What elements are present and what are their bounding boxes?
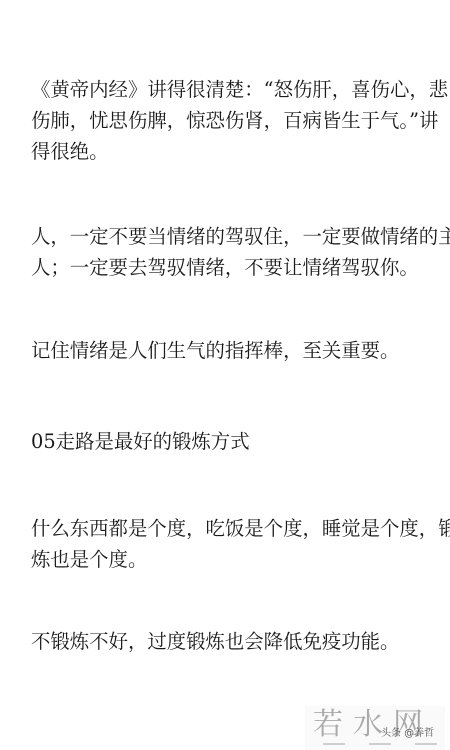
text-line: 人，一定不要当情绪的驾驭住，一定要做情绪的主 (31, 221, 423, 252)
decor-dash (369, 743, 391, 745)
watermark: 若水网 头条 @养哲 (305, 706, 445, 750)
decor-dash (415, 743, 437, 745)
text-line: 不锻炼不好，过度锻炼也会降低免疫功能。 (31, 626, 423, 657)
paragraph-huangdi-neijing: 《黄帝内经》讲得很清楚：“怒伤肝，喜伤心，悲 伤肺，忧思伤脾，惊恐伤肾，百病皆生… (31, 74, 423, 167)
text-line: 什么东西都是个度，吃饭是个度，睡觉是个度，锻 (31, 513, 423, 544)
paragraph-master-emotions: 人，一定不要当情绪的驾驭住，一定要做情绪的主 人；一定要去驾驭情绪，不要让情绪驾… (31, 221, 423, 283)
text-line: 05走路是最好的锻炼方式 (31, 426, 423, 457)
text-line: 人；一定要去驾驭情绪，不要让情绪驾驭你。 (31, 252, 423, 283)
section-heading-walking: 05走路是最好的锻炼方式 (31, 426, 423, 457)
watermark-attribution: 头条 @养哲 (381, 724, 434, 739)
paragraph-over-exercise: 不锻炼不好，过度锻炼也会降低免疫功能。 (31, 626, 423, 657)
text-line: 伤肺，忧思伤脾，惊恐伤肾，百病皆生于气。”讲 (31, 105, 423, 136)
decor-dash (323, 743, 345, 745)
text-line: 得很绝。 (31, 136, 423, 167)
text-line: 《黄帝内经》讲得很清楚：“怒伤肝，喜伤心，悲 (31, 74, 423, 105)
paragraph-emotion-baton: 记住情绪是人们生气的指挥棒，至关重要。 (31, 335, 423, 366)
text-line: 炼也是个度。 (31, 544, 423, 575)
watermark-underline-decor (323, 743, 437, 745)
text-line: 记住情绪是人们生气的指挥棒，至关重要。 (31, 335, 423, 366)
paragraph-moderation: 什么东西都是个度，吃饭是个度，睡觉是个度，锻 炼也是个度。 (31, 513, 423, 575)
